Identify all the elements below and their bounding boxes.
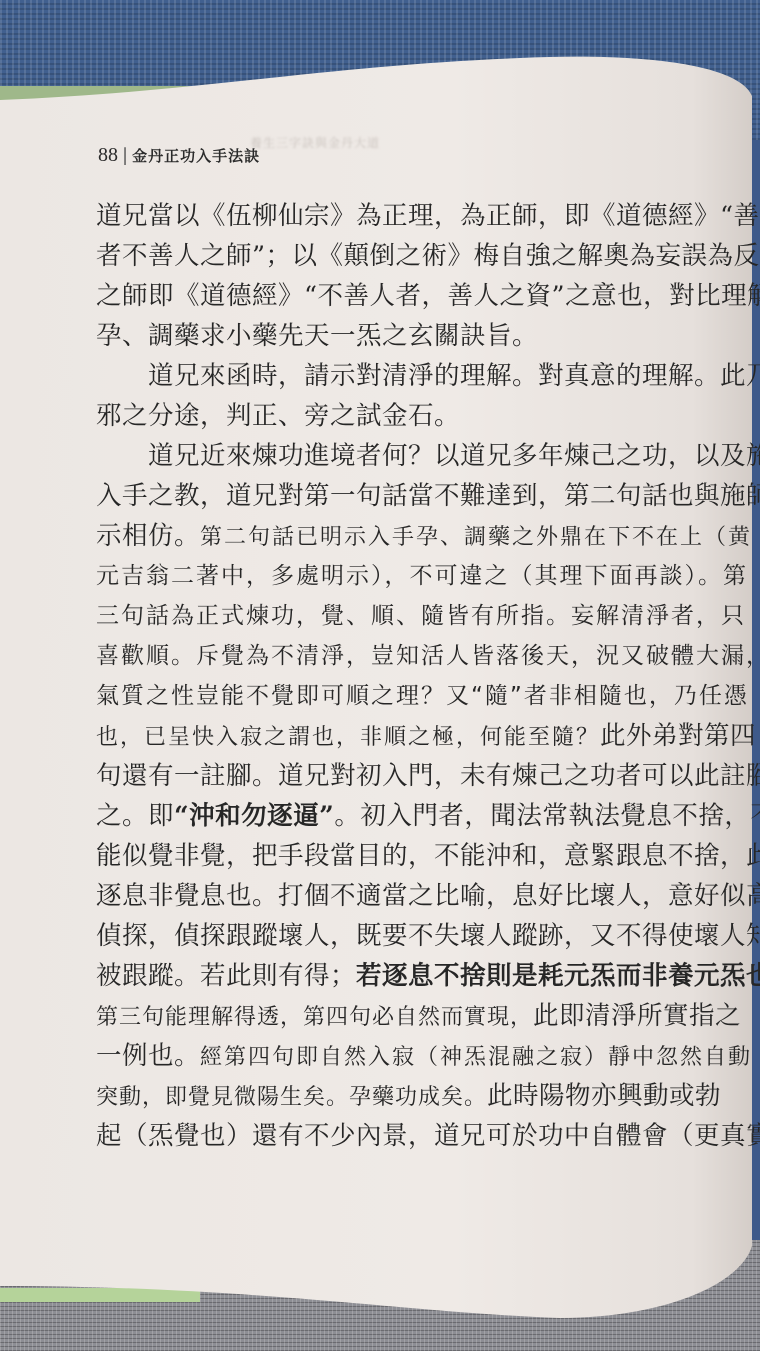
running-header: 88 | 金丹正功入手法訣 xyxy=(98,144,260,167)
text-line: 示相仿。第二句話已明示入手孕、調藥之外鼎在下不在上（黄 xyxy=(96,516,736,556)
text-line: 句還有一註腳。道兄對初入門，未有煉己之功者可以此註腳示 xyxy=(96,756,736,796)
text-line: 入手之教，道兄對第一句話當不難達到，第二句話也與施師之 xyxy=(96,476,736,516)
bleed-through-text: 養生三字訣與金丹大道 xyxy=(250,134,380,151)
text-line: 一例也。經第四句即自然入寂（神炁混融之寂）靜中忽然自動 xyxy=(96,1036,736,1076)
text-line: 逐息非覺息也。打個不適當之比喻，息好比壞人，意好似高級 xyxy=(96,876,736,916)
text-line: 偵探，偵探跟蹤壞人，既要不失壞人蹤跡，又不得使壞人知道 xyxy=(96,916,736,956)
text-line: 氣質之性豈能不覺即可順之理？又“隨”者非相隨也，乃任憑 xyxy=(96,676,736,716)
text-line: 之。即“沖和勿逐逼”。初入門者，聞法常執法覺息不捨，不 xyxy=(96,796,736,836)
text-line: 道兄來函時，請示對清淨的理解。對真意的理解。此乃正 xyxy=(96,356,736,396)
emphasis-text: 若逐息不捨則是耗元炁而非養元炁也。 xyxy=(356,961,760,991)
text-line: 能似覺非覺，把手段當目的，不能沖和，意緊跟息不捨，此即 xyxy=(96,836,736,876)
text-line: 第三句能理解得透，第四句必自然而實現，此即清淨所實指之 xyxy=(96,996,736,1036)
text-line: 邪之分途，判正、旁之試金石。 xyxy=(96,396,736,436)
text-line: 元吉翁二著中，多處明示），不可違之（其理下面再談）。第 xyxy=(96,556,736,596)
page-number: 88 xyxy=(98,144,118,167)
header-separator: | xyxy=(122,145,128,166)
text-line: 三句話為正式煉功，覺、順、隨皆有所指。妄解清淨者，只 xyxy=(96,596,736,636)
text-line: 也，已呈快入寂之謂也，非順之極，何能至隨？此外弟對第四 xyxy=(96,716,736,756)
page-body: 道兄當以《伍柳仙宗》為正理，為正師，即《道德經》“善人 者不善人之師”；以《顛倒… xyxy=(96,196,736,1156)
text-line: 起（炁覺也）還有不少內景，道兄可於功中自體會（更真實 xyxy=(96,1116,736,1156)
text-line: 孕、調藥求小藥先天一炁之玄關訣旨。 xyxy=(96,316,736,356)
text-line: 者不善人之師”；以《顛倒之術》梅自強之解奧為妄誤為反面 xyxy=(96,236,736,276)
text-line: 道兄當以《伍柳仙宗》為正理，為正師，即《道德經》“善人 xyxy=(96,196,736,236)
text-line: 喜歡順。斥覺為不清淨，豈知活人皆落後天，況又破體大漏， xyxy=(96,636,736,676)
text-line: 道兄近來煉功進境者何？以道兄多年煉己之功，以及施師 xyxy=(96,436,736,476)
text-line: 之師即《道德經》“不善人者，善人之資”之意也，對比理解 xyxy=(96,276,736,316)
emphasis-text: “沖和勿逐逼” xyxy=(174,801,334,831)
text-line: 被跟蹤。若此則有得；若逐息不捨則是耗元炁而非養元炁也。 xyxy=(96,956,736,996)
book-title: 金丹正功入手法訣 xyxy=(132,145,260,166)
text-line: 突動，即覺見微陽生矣。孕藥功成矣。此時陽物亦興動或勃 xyxy=(96,1076,736,1116)
